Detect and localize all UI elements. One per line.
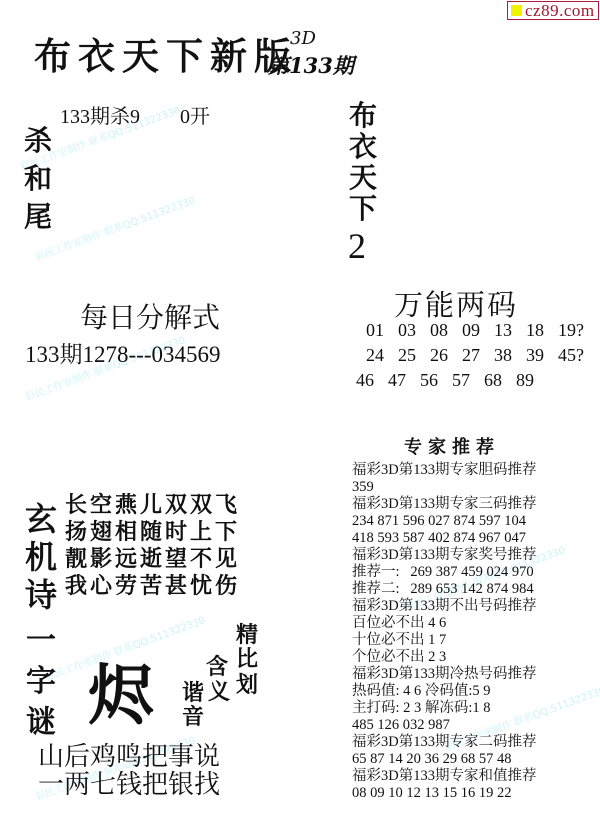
code: 09: [462, 320, 482, 341]
riddle-label-char: 谜: [26, 702, 62, 743]
verse-line: 一两七钱把银找: [38, 771, 220, 799]
kill-line: 133期杀9 0开: [60, 100, 210, 129]
code: 57: [452, 370, 472, 391]
expert-line: 百位必不出 4 6: [352, 615, 536, 632]
code: 24: [366, 345, 386, 366]
wanneng-row: 46 47 56 57 68 89: [356, 370, 536, 391]
daily-title: 每日分解式: [80, 296, 220, 336]
vertical-title-char: 衣: [343, 131, 383, 162]
riddle-tag: 音: [182, 700, 204, 731]
vertical-number: 2: [348, 225, 366, 267]
expert-line: 福彩3D第133期专家奖号推荐: [352, 547, 536, 564]
riddle-label: 一 字 谜: [26, 620, 62, 743]
watermark: 彩民工作室制作 联系QQ:511322330: [33, 191, 197, 263]
riddle-tag: 义: [208, 675, 230, 706]
period-label: 第133期: [268, 50, 354, 80]
code: 46: [356, 370, 376, 391]
expert-line: 418 593 587 402 874 967 047: [352, 530, 536, 547]
expert-line: 推荐二: 289 653 142 874 984: [352, 581, 536, 598]
code: 18: [526, 320, 546, 341]
kill-label-char: 杀: [24, 122, 54, 160]
code: 19?: [558, 320, 584, 341]
code: 13: [494, 320, 514, 341]
poem-lines: 长空燕儿双双飞 扬翅相随时上下 靓影远逝望不见 我心劳苦甚忧伤: [65, 492, 240, 600]
code: 68: [484, 370, 504, 391]
expert-line: 福彩3D第133期专家二码推荐: [352, 734, 536, 751]
poem-line: 靓影远逝望不见: [65, 546, 240, 573]
poem-head-char: 玄: [25, 500, 65, 538]
poem-line: 长空燕儿双双飞: [65, 492, 240, 519]
code: 26: [430, 345, 450, 366]
expert-list: 福彩3D第133期专家胆码推荐 359 福彩3D第133期专家三码推荐 234 …: [352, 462, 536, 802]
code: 39: [526, 345, 546, 366]
expert-line: 359: [352, 479, 536, 496]
code: 56: [420, 370, 440, 391]
poem-line: 扬翅相随时上下: [65, 519, 240, 546]
poem-head: 玄 机 诗: [25, 500, 65, 614]
vertical-title-char: 布: [343, 100, 383, 131]
vertical-title: 布 衣 天 下: [343, 100, 383, 224]
riddle-label-char: 一: [26, 620, 62, 661]
code: 38: [494, 345, 514, 366]
riddle-character: 烬: [88, 642, 154, 737]
code: 25: [398, 345, 418, 366]
riddle-tag: 划: [236, 668, 258, 699]
verse-line: 山后鸡鸣把事说: [38, 743, 220, 771]
expert-line: 65 87 14 20 36 29 68 57 48: [352, 751, 536, 768]
code: 89: [516, 370, 536, 391]
site-logo[interactable]: cz89.com: [507, 1, 599, 20]
badge-3d: 3D: [290, 28, 316, 49]
yellow-square-icon: [511, 5, 522, 16]
logo-text: cz89.com: [525, 2, 595, 19]
wanneng-title: 万能两码: [394, 283, 518, 324]
code: 01: [366, 320, 386, 341]
code: 03: [398, 320, 418, 341]
expert-line: 福彩3D第133期专家胆码推荐: [352, 462, 536, 479]
kill-label-char: 和: [24, 160, 54, 198]
expert-line: 福彩3D第133期不出号码推荐: [352, 598, 536, 615]
poem-line: 我心劳苦甚忧伤: [65, 573, 240, 600]
vertical-title-char: 天: [343, 162, 383, 193]
wanneng-row: 01 03 08 09 13 18 19?: [366, 320, 584, 341]
page-title: 布衣天下新版: [34, 26, 298, 80]
kill-label: 杀 和 尾: [24, 122, 54, 236]
expert-title: 专家推荐: [404, 433, 500, 459]
expert-line: 十位必不出 1 7: [352, 632, 536, 649]
expert-line: 推荐一: 269 387 459 024 970: [352, 564, 536, 581]
poem-head-char: 诗: [25, 576, 65, 614]
code: 45?: [558, 345, 584, 366]
wanneng-row: 24 25 26 27 38 39 45?: [366, 345, 584, 366]
code: 08: [430, 320, 450, 341]
expert-line: 234 871 596 027 874 597 104: [352, 513, 536, 530]
expert-line: 福彩3D第133期专家三码推荐: [352, 496, 536, 513]
expert-line: 福彩3D第133期专家和值推荐: [352, 768, 536, 785]
code: 27: [462, 345, 482, 366]
expert-line: 热码值: 4 6 冷码值:5 9: [352, 683, 536, 700]
expert-line: 主打码: 2 3 解冻码:1 8: [352, 700, 536, 717]
daily-value: 133期1278---034569: [25, 336, 220, 369]
riddle-label-char: 字: [26, 661, 62, 702]
bottom-verse: 山后鸡鸣把事说 一两七钱把银找: [38, 743, 220, 799]
expert-line: 福彩3D第133期冷热号码推荐: [352, 666, 536, 683]
expert-line: 08 09 10 12 13 15 16 19 22: [352, 785, 536, 802]
vertical-title-char: 下: [343, 193, 383, 224]
code: 47: [388, 370, 408, 391]
poem-head-char: 机: [25, 538, 65, 576]
kill-label-char: 尾: [24, 198, 54, 236]
expert-line: 个位必不出 2 3: [352, 649, 536, 666]
expert-line: 485 126 032 987: [352, 717, 536, 734]
